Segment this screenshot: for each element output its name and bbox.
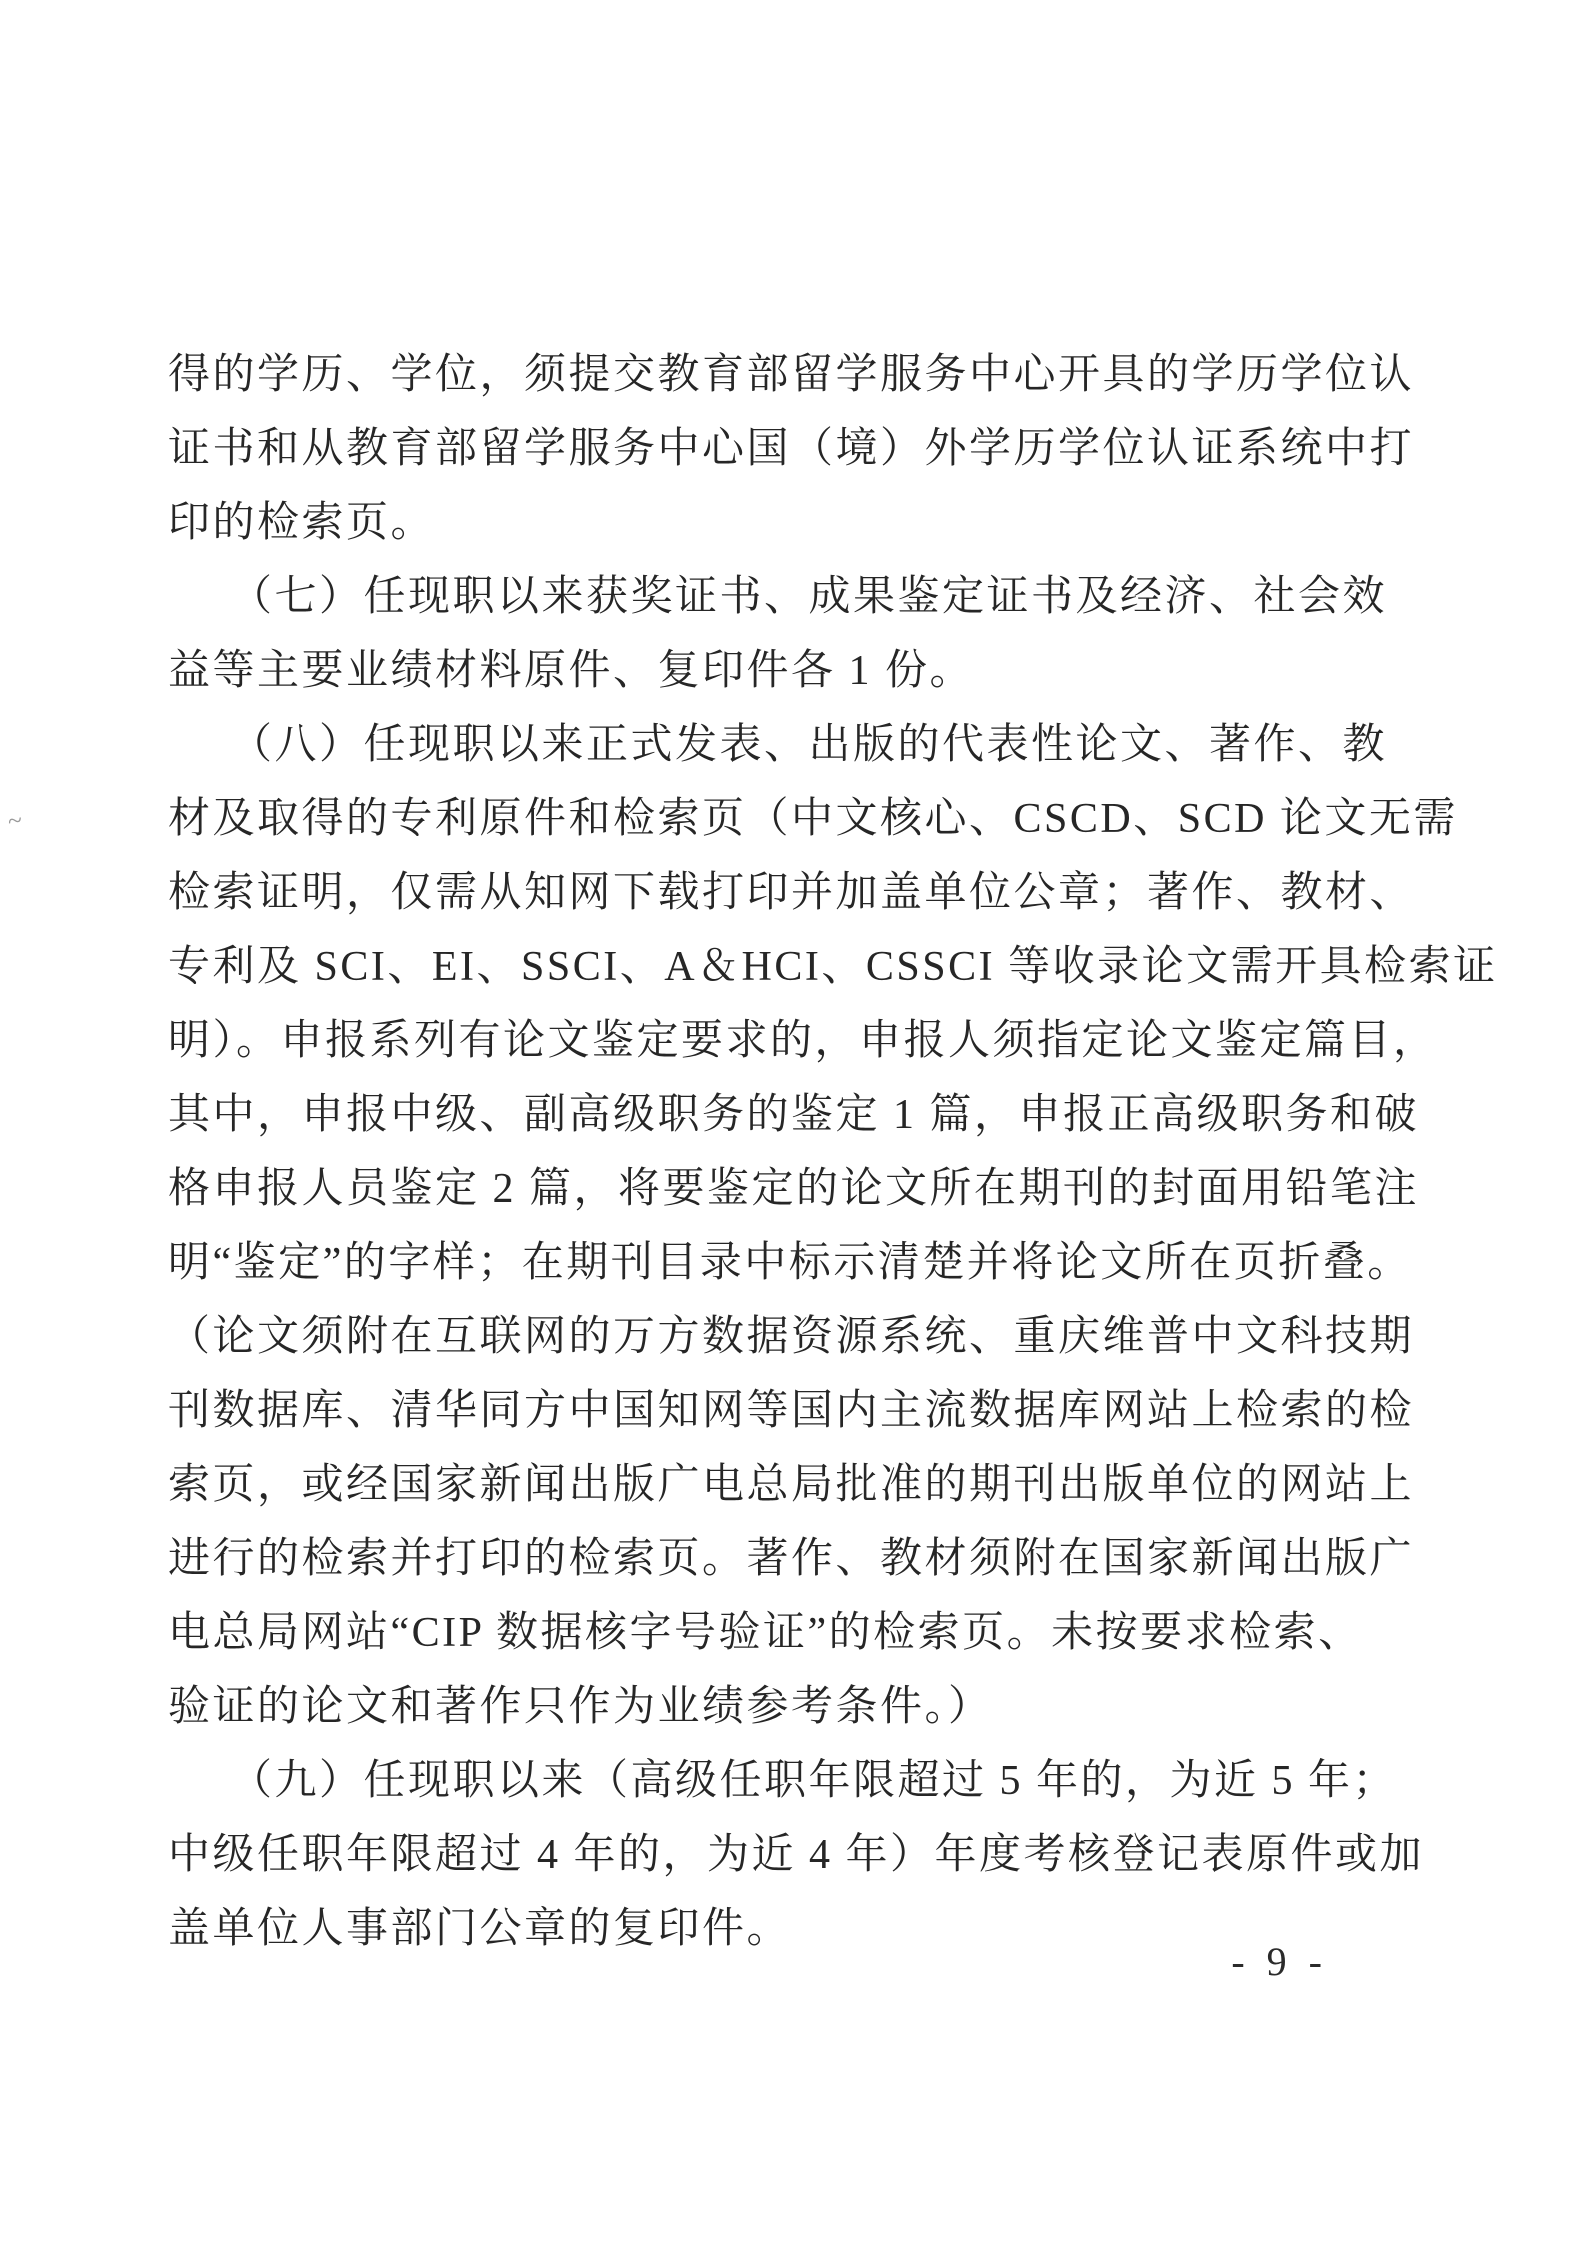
text-line: 证书和从教育部留学服务中心国（境）外学历学位认证系统中打 bbox=[168, 412, 1424, 486]
text-line: 印的检索页。 bbox=[168, 486, 1424, 560]
text-line: 明）。申报系列有论文鉴定要求的，申报人须指定论文鉴定篇目， bbox=[168, 1004, 1424, 1078]
text-line: 材及取得的专利原件和检索页（中文核心、CSCD、SCD 论文无需 bbox=[168, 782, 1424, 856]
text-line: 索页，或经国家新闻出版广电总局批准的期刊出版单位的网站上 bbox=[168, 1448, 1424, 1522]
scan-margin-mark: ~ bbox=[6, 805, 24, 837]
text-line: 刊数据库、清华同方中国知网等国内主流数据库网站上检索的检 bbox=[168, 1374, 1424, 1448]
text-line: 益等主要业绩材料原件、复印件各 1 份。 bbox=[168, 634, 1424, 708]
text-line: （论文须附在互联网的万方数据资源系统、重庆维普中文科技期 bbox=[168, 1300, 1424, 1374]
text-line: 专利及 SCI、EI、SSCI、A＆HCI、CSSCI 等收录论文需开具检索证 bbox=[168, 930, 1424, 1004]
document-page: ~ 得的学历、学位，须提交教育部留学服务中心开具的学历学位认 证书和从教育部留学… bbox=[0, 0, 1586, 2242]
text-line: 明“鉴定”的字样；在期刊目录中标示清楚并将论文所在页折叠。 bbox=[168, 1226, 1424, 1300]
text-line: 其中，申报中级、副高级职务的鉴定 1 篇，申报正高级职务和破 bbox=[168, 1078, 1424, 1152]
text-line-item-7-start: （七）任现职以来获奖证书、成果鉴定证书及经济、社会效 bbox=[168, 560, 1424, 634]
text-line: 进行的检索并打印的检索页。著作、教材须附在国家新闻出版广 bbox=[168, 1522, 1424, 1596]
document-body: 得的学历、学位，须提交教育部留学服务中心开具的学历学位认 证书和从教育部留学服务… bbox=[168, 338, 1424, 1966]
text-line-item-9-start: （九）任现职以来（高级任职年限超过 5 年的，为近 5 年； bbox=[168, 1744, 1424, 1818]
text-line: 得的学历、学位，须提交教育部留学服务中心开具的学历学位认 bbox=[168, 338, 1424, 412]
text-line: 格申报人员鉴定 2 篇，将要鉴定的论文所在期刊的封面用铅笔注 bbox=[168, 1152, 1424, 1226]
page-number: - 9 - bbox=[1231, 1938, 1328, 1985]
text-line: 验证的论文和著作只作为业绩参考条件。） bbox=[168, 1670, 1424, 1744]
text-line: 电总局网站“CIP 数据核字号验证”的检索页。未按要求检索、 bbox=[168, 1596, 1424, 1670]
text-line: 中级任职年限超过 4 年的，为近 4 年）年度考核登记表原件或加 bbox=[168, 1818, 1424, 1892]
text-line: 检索证明，仅需从知网下载打印并加盖单位公章；著作、教材、 bbox=[168, 856, 1424, 930]
text-line-item-8-start: （八）任现职以来正式发表、出版的代表性论文、著作、教 bbox=[168, 708, 1424, 782]
